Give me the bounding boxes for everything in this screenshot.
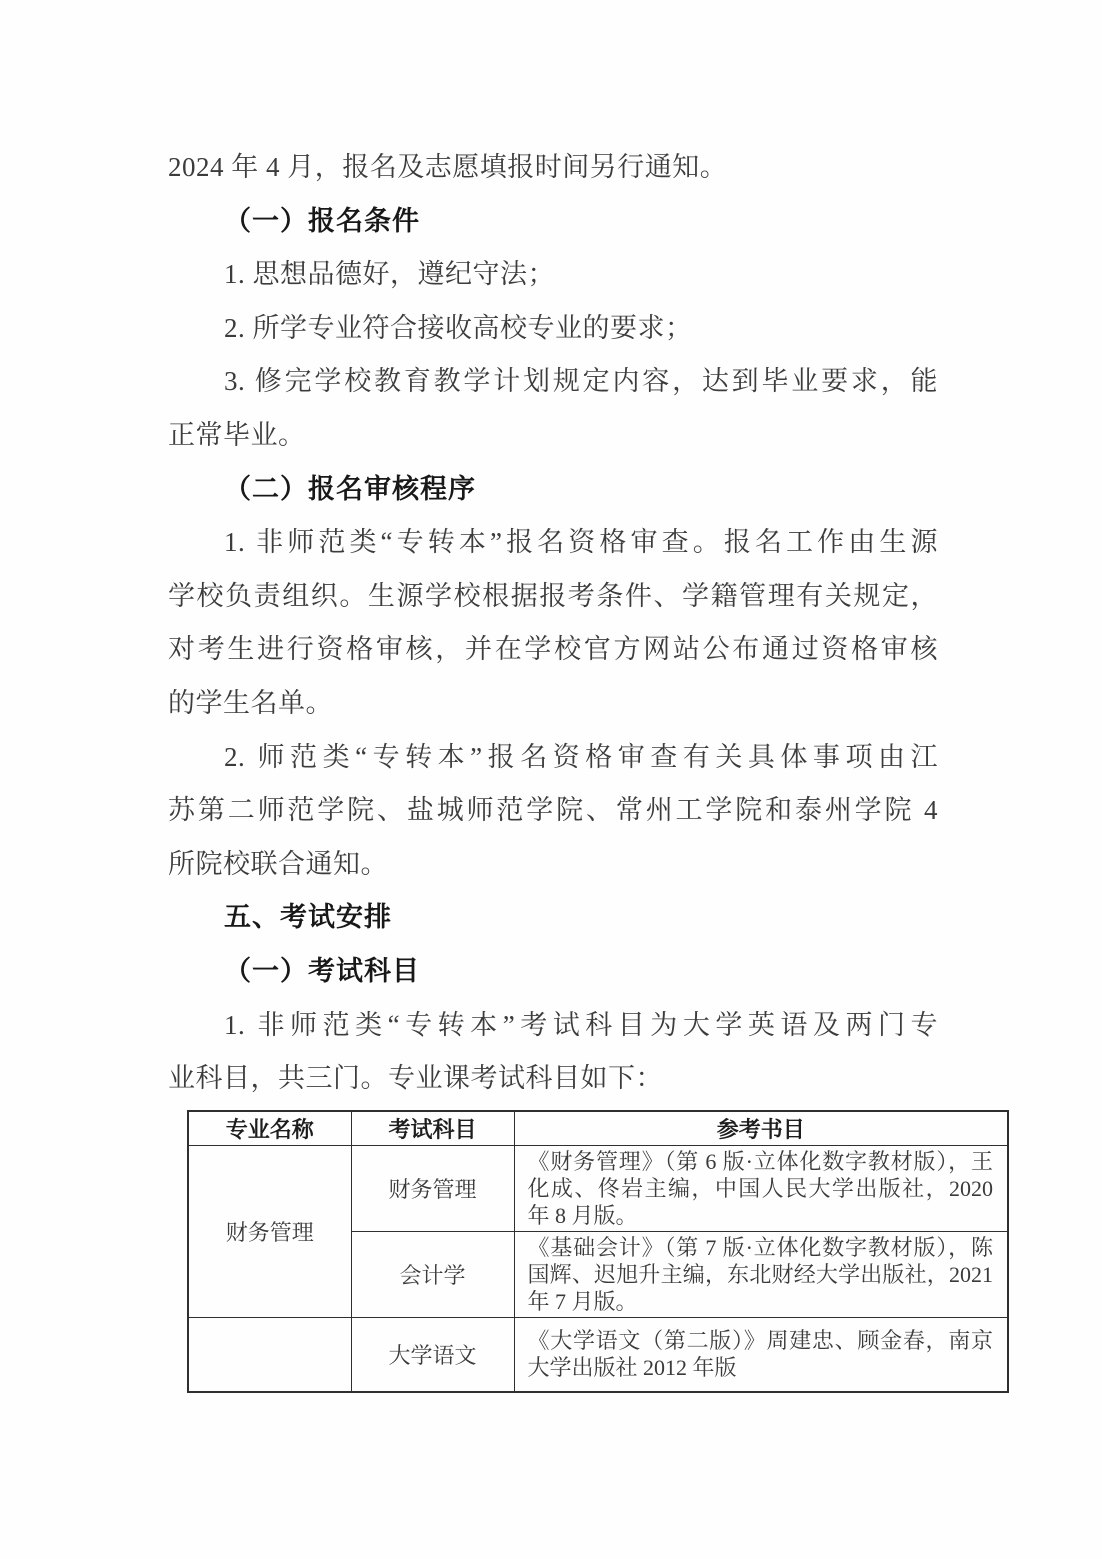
text-line: 业科目，共三门。专业课考试科目如下： xyxy=(168,1052,938,1106)
text-line: 2024 年 4 月，报名及志愿填报时间另行通知。 xyxy=(168,141,938,195)
col-header-subject: 考试科目 xyxy=(351,1111,514,1146)
subject-cell: 大学语文 xyxy=(351,1318,514,1392)
subject-cell: 财务管理 xyxy=(351,1146,514,1232)
col-header-major: 专业名称 xyxy=(188,1111,351,1146)
major-cell xyxy=(188,1318,351,1392)
text-line: 的学生名单。 xyxy=(168,677,938,731)
table-row: 财务管理 财务管理 《财务管理》（第 6 版·立体化数字教材版），王化成、佟岩主… xyxy=(188,1146,1008,1232)
text-line: 1. 非师范类“专转本”考试科目为大学英语及两门专 xyxy=(168,999,938,1053)
text-line: 学校负责组织。生源学校根据报考条件、学籍管理有关规定， xyxy=(168,570,938,624)
section-heading: （二）报名审核程序 xyxy=(168,463,938,517)
major-cell: 财务管理 xyxy=(188,1146,351,1318)
section-heading: （一）考试科目 xyxy=(168,945,938,999)
document-page: 2024 年 4 月，报名及志愿填报时间另行通知。 （一）报名条件 1. 思想品… xyxy=(0,0,1102,1559)
text-line: 所院校联合通知。 xyxy=(168,838,938,892)
text-line: 1. 思想品德好，遵纪守法； xyxy=(168,248,938,302)
table-row: 大学语文 《大学语文（第二版）》周建忠、顾金春，南京大学出版社 2012 年版 xyxy=(188,1318,1008,1392)
table-header-row: 专业名称 考试科目 参考书目 xyxy=(188,1111,1008,1146)
subject-cell: 会计学 xyxy=(351,1232,514,1318)
text-line: 1. 非师范类“专转本”报名资格审查。报名工作由生源 xyxy=(168,516,938,570)
col-header-reference: 参考书目 xyxy=(514,1111,1008,1146)
text-line: 2. 师范类“专转本”报名资格审查有关具体事项由江 xyxy=(168,731,938,785)
reference-cell: 《大学语文（第二版）》周建忠、顾金春，南京大学出版社 2012 年版 xyxy=(514,1318,1008,1392)
reference-cell: 《基础会计》（第 7 版·立体化数字教材版），陈国辉、迟旭升主编，东北财经大学出… xyxy=(514,1232,1008,1318)
text-line: 3. 修完学校教育教学计划规定内容，达到毕业要求，能 xyxy=(168,355,938,409)
text-line: 正常毕业。 xyxy=(168,409,938,463)
text-line: 苏第二师范学院、盐城师范学院、常州工学院和泰州学院 4 xyxy=(168,784,938,838)
text-line: 2. 所学专业符合接收高校专业的要求； xyxy=(168,302,938,356)
reference-cell: 《财务管理》（第 6 版·立体化数字教材版），王化成、佟岩主编，中国人民大学出版… xyxy=(514,1146,1008,1232)
text-line: 对考生进行资格审核，并在学校官方网站公布通过资格审核 xyxy=(168,623,938,677)
exam-subjects-table: 专业名称 考试科目 参考书目 财务管理 财务管理 《财务管理》（第 6 版·立体… xyxy=(187,1110,1009,1393)
text-block: 2024 年 4 月，报名及志愿填报时间另行通知。 （一）报名条件 1. 思想品… xyxy=(168,141,938,1106)
chapter-heading: 五、考试安排 xyxy=(168,891,938,945)
section-heading: （一）报名条件 xyxy=(168,195,938,249)
